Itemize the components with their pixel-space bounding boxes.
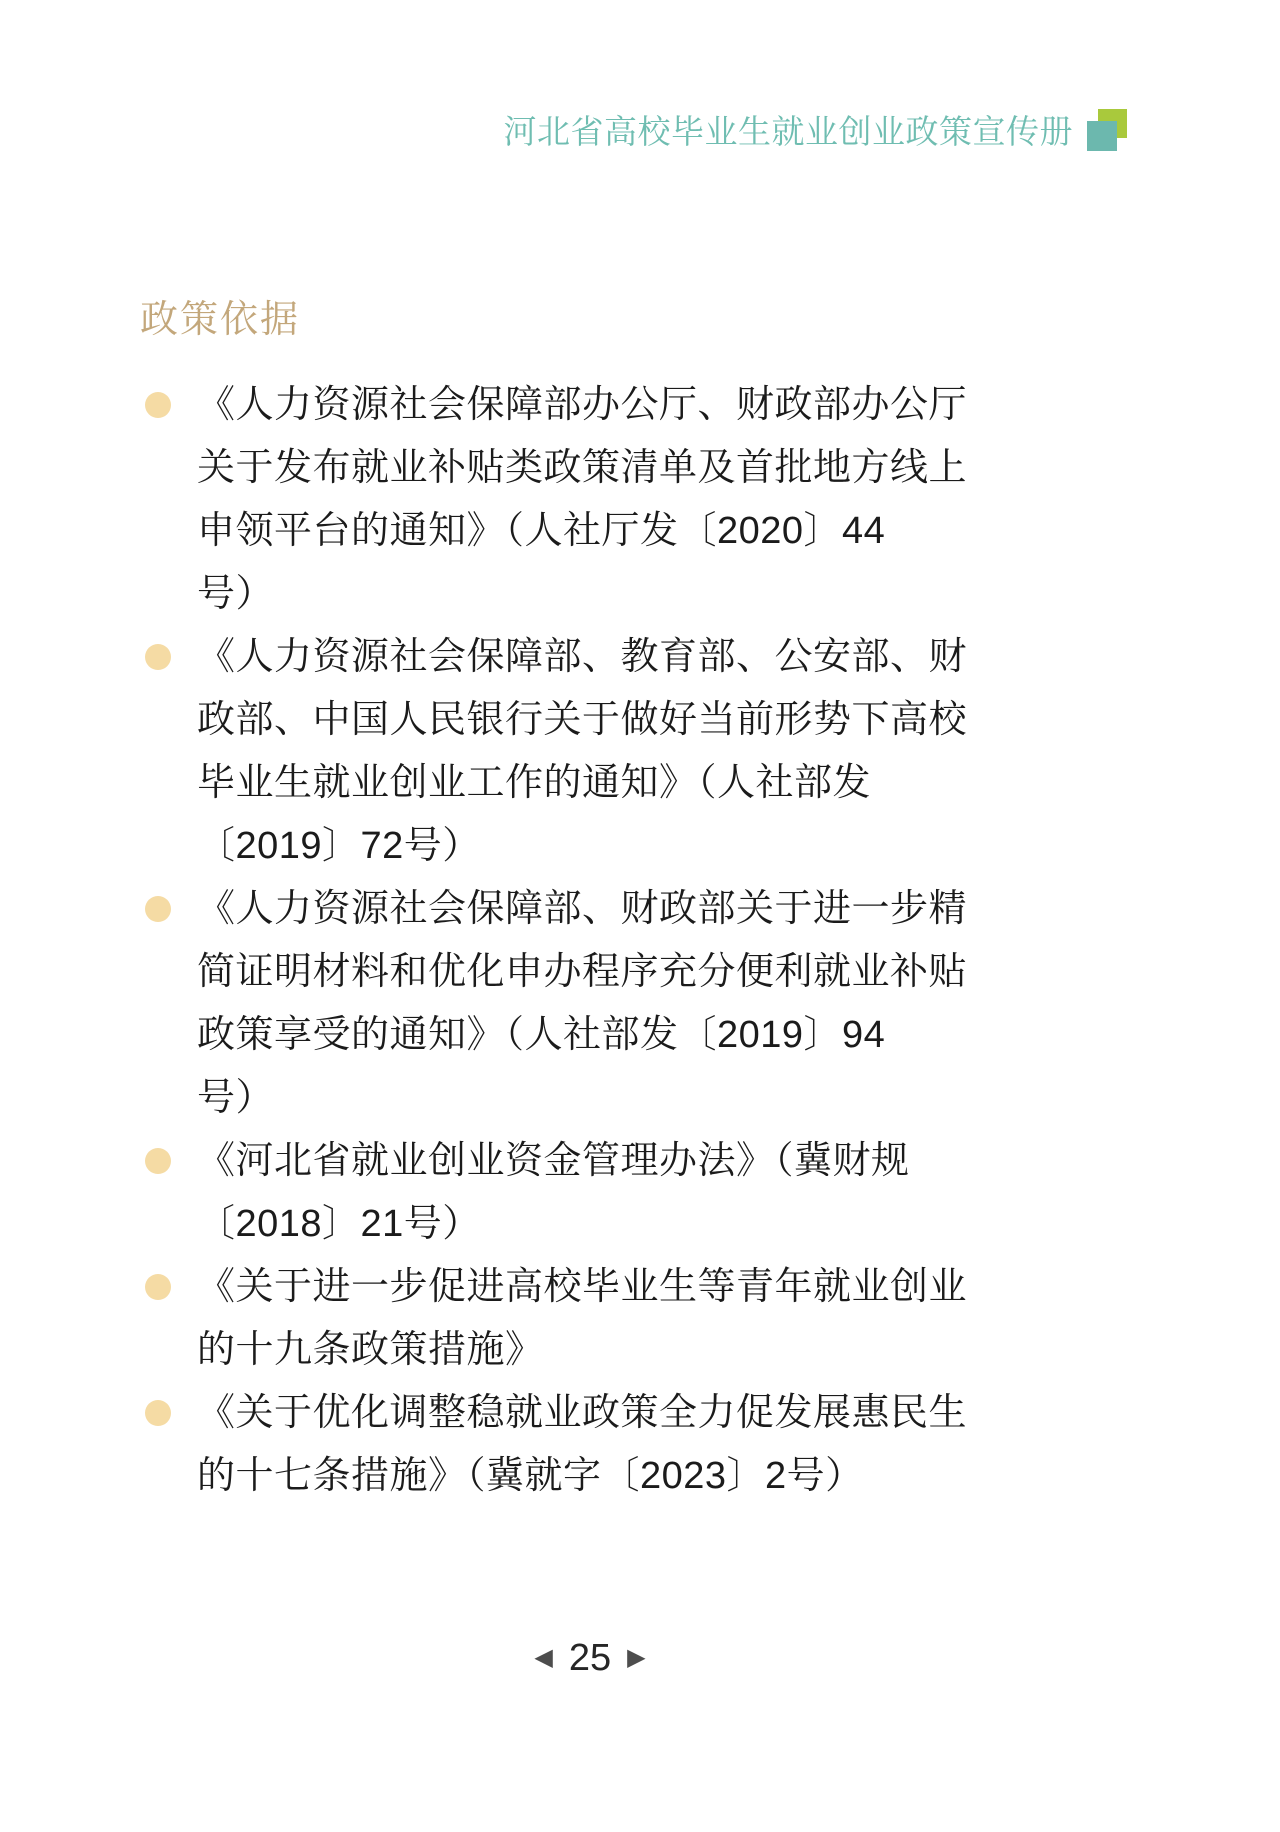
list-item: 《河北省就业创业资金管理办法》（冀财规 〔2018〕21号） [140,1130,1000,1256]
policy-item-text: 《河北省就业创业资金管理办法》（冀财规 〔2018〕21号） [197,1130,910,1256]
prev-page-icon[interactable]: ◀ [534,1634,552,1682]
list-item: 《人力资源社会保障部、财政部关于进一步精 简证明材料和优化申办程序充分便利就业补… [140,878,1000,1130]
bullet-dot-icon [145,644,171,670]
list-item: 《人力资源社会保障部、教育部、公安部、财 政部、中国人民银行关于做好当前形势下高… [140,626,1000,878]
bullet-dot-icon [145,392,171,418]
bullet-dot-icon [145,1274,171,1300]
policy-item-text: 《关于进一步促进高校毕业生等青年就业创业 的十九条政策措施》 [197,1256,967,1382]
next-page-icon[interactable]: ▶ [627,1634,645,1682]
bullet-dot-icon [145,1400,171,1426]
front-square-shape [1087,121,1117,151]
page-header: 河北省高校毕业生就业创业政策宣传册 [504,106,1128,153]
policy-item-text: 《人力资源社会保障部、财政部关于进一步精 简证明材料和优化申办程序充分便利就业补… [197,878,967,1130]
overlapping-squares-icon [1087,109,1127,151]
list-item: 《关于进一步促进高校毕业生等青年就业创业 的十九条政策措施》 [140,1256,1000,1382]
policy-item-text: 《人力资源社会保障部、教育部、公安部、财 政部、中国人民银行关于做好当前形势下高… [197,626,967,878]
policy-list: 《人力资源社会保障部办公厅、财政部办公厅 关于发布就业补贴类政策清单及首批地方线… [140,374,1000,1508]
list-item: 《关于优化调整稳就业政策全力促发展惠民生 的十七条措施》（冀就字〔2023〕2号… [140,1382,1000,1508]
list-item: 《人力资源社会保障部办公厅、财政部办公厅 关于发布就业补贴类政策清单及首批地方线… [140,374,1000,626]
policy-item-text: 《关于优化调整稳就业政策全力促发展惠民生 的十七条措施》（冀就字〔2023〕2号… [197,1382,967,1508]
policy-item-text: 《人力资源社会保障部办公厅、财政部办公厅 关于发布就业补贴类政策清单及首批地方线… [197,374,967,626]
section-title: 政策依据 [140,296,300,344]
bullet-dot-icon [145,1148,171,1174]
bullet-dot-icon [145,896,171,922]
footer-pagination: ◀ 25 ▶ [0,1634,1230,1682]
page-number: 25 [569,1634,611,1682]
booklet-title: 河北省高校毕业生就业创业政策宣传册 [504,106,1074,153]
